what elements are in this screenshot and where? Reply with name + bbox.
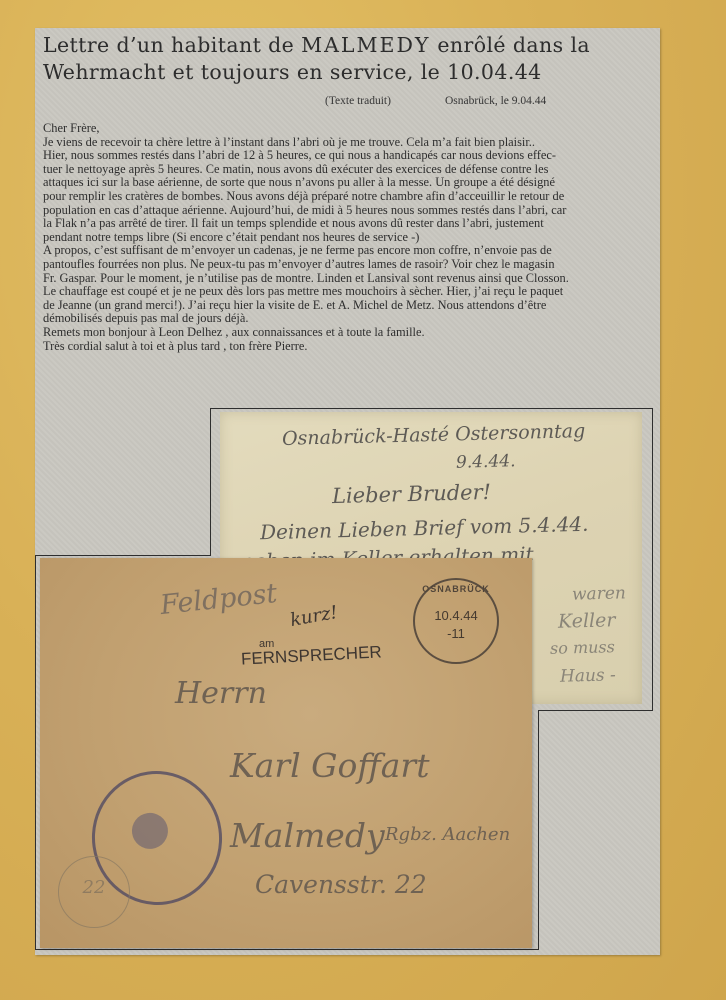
recipient-street: Cavensstr. 22 xyxy=(255,870,427,899)
title-part: Lettre d’un habitant de xyxy=(43,33,301,57)
letter-salutation: Lieber Bruder! xyxy=(332,480,492,508)
frame-line-left-lower xyxy=(35,555,36,950)
translation-line: la Flak n’a pas arrêté de tirer. Il fait… xyxy=(43,217,658,231)
translation-line: population en cas d’attaque aérienne. Au… xyxy=(43,204,658,218)
letter-line: Deinen Lieben Brief vom 5.4.44. xyxy=(260,512,589,545)
letter-fragment: so muss xyxy=(550,637,615,658)
translation-line: pantoufles fourrées non plus. Ne peux-tu… xyxy=(43,258,658,272)
translation-line: Très cordial salut à toi et à plus tard … xyxy=(43,340,658,354)
translation-line: Cher Frère, xyxy=(43,122,658,136)
letter-fragment: Keller xyxy=(558,609,616,632)
recipient-city: Malmedy xyxy=(230,816,385,855)
translation-text: Cher Frère, Je viens de recevoir ta chèr… xyxy=(43,122,658,353)
frame-line-bottom xyxy=(35,949,539,950)
kurz-stamp: kurz! xyxy=(289,602,340,631)
postmark: OSNABRÜCK 10.4.44 -11 xyxy=(413,578,499,664)
title-line-2: Wehrmacht et toujours en service, le 10.… xyxy=(43,60,542,84)
title-town: MALMEDY xyxy=(301,33,430,57)
translation-line: démobilisés depuis pas mal de jours déjà… xyxy=(43,312,658,326)
recipient-name: Karl Goffart xyxy=(230,746,429,785)
frame-line-left-upper xyxy=(210,408,211,556)
translation-line: Fr. Gaspar. Pour le moment, je n’utilise… xyxy=(43,272,658,286)
postmark-city: OSNABRÜCK xyxy=(415,584,497,594)
frame-line-top xyxy=(210,408,653,409)
letter-header: Osnabrück-Hasté Ostersonntag xyxy=(282,420,586,450)
recipient-region: Rgbz. Aachen xyxy=(385,824,510,845)
frame-line-mid xyxy=(35,555,211,556)
postmark-date: 10.4.44 xyxy=(415,608,497,623)
place-date: Osnabrück, le 9.04.44 xyxy=(445,95,546,107)
letter-date: 9.4.44. xyxy=(456,451,516,473)
translation-line: tuer le nettoyage après 5 heures. Ce mat… xyxy=(43,163,658,177)
translation-line: pendant notre temps libre (Si encore c’é… xyxy=(43,231,658,245)
frame-line-inner-step xyxy=(538,710,653,711)
translated-note: (Texte traduit) xyxy=(325,95,391,107)
envelope: Feldpost kurz! am FERNSPRECHER OSNABRÜCK… xyxy=(40,558,532,948)
translation-line: attaques ici sur la base aérienne, de so… xyxy=(43,176,658,190)
translation-line: Remets mon bonjour à Leon Delhez , aux c… xyxy=(43,326,658,340)
letter-fragment: Haus - xyxy=(560,665,616,686)
number-circle-stamp: 22 xyxy=(58,856,130,928)
circle-number: 22 xyxy=(59,877,129,898)
frame-line-right xyxy=(652,408,653,710)
feldpost-handwriting: Feldpost xyxy=(159,578,279,621)
translation-line: Je viens de recevoir ta chère lettre à l… xyxy=(43,136,658,150)
eagle-emblem-icon xyxy=(130,811,171,852)
translation-line: Hier, nous sommes restés dans l’abri de … xyxy=(43,149,658,163)
frame-line-right-lower xyxy=(538,710,539,950)
postmark-hour: -11 xyxy=(415,626,497,641)
translation-line: de Jeanne (un grand merci!). J’ai reçu h… xyxy=(43,299,658,313)
recipient-title: Herrn xyxy=(175,676,267,711)
title-part: enrôlé dans la xyxy=(430,33,590,57)
translation-line: A propos, c’est suffisant de m’envoyer u… xyxy=(43,244,658,258)
page-title: Lettre d’un habitant de MALMEDY enrôlé d… xyxy=(43,32,653,86)
translation-line: Le chauffage est coupé et je ne peux dès… xyxy=(43,285,658,299)
translation-line: pour remplir les cratères de bombes. Nou… xyxy=(43,190,658,204)
letter-fragment: waren xyxy=(572,583,626,604)
